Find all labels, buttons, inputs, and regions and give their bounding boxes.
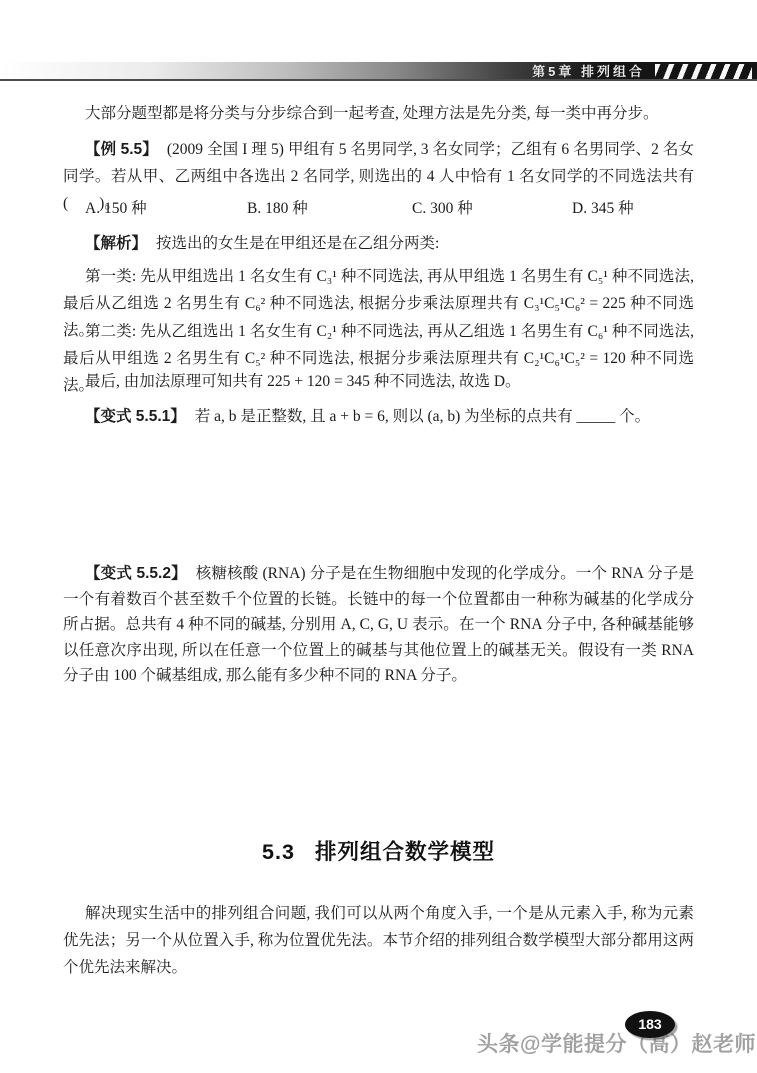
example-source: (2009 全国 I 理 5)	[167, 141, 284, 158]
variation2-body: 核糖核酸 (RNA) 分子是在生物细胞中发现的化学成分。一个 RNA 分子是一个…	[63, 565, 694, 684]
analysis-lead-paragraph: 【解析】按选出的女生是在甲组还是在乙组分两类:	[63, 230, 694, 257]
analysis-conclusion: 最后, 由加法原理可知共有 225 + 120 = 345 种不同选法, 故选 …	[85, 373, 521, 390]
variation1-label: 【变式 5.5.1】	[85, 408, 186, 425]
variation2-label: 【变式 5.5.2】	[85, 565, 187, 582]
option-d: D. 345 种	[572, 196, 634, 218]
closing-text: 解决现实生活中的排列组合问题, 我们可以从两个角度入手, 一个是从元素入手, 称…	[63, 905, 694, 976]
choice-options-row: A. 150 种 B. 180 种 C. 300 种 D. 345 种	[63, 196, 694, 220]
diagonal-stripes-icon	[655, 64, 752, 79]
example-label: 【例 5.5】	[85, 141, 158, 158]
analysis-lead: 按选出的女生是在甲组还是在乙组分两类:	[156, 235, 439, 252]
analysis-label: 【解析】	[85, 235, 147, 252]
closing-paragraph: 解决现实生活中的排列组合问题, 我们可以从两个角度入手, 一个是从元素入手, 称…	[63, 900, 694, 981]
intro-text: 大部分题型都是将分类与分步综合到一起考查, 处理方法是先分类, 每一类中再分步。	[85, 105, 659, 122]
chapter-header-bar: 第5章 排列组合	[0, 62, 757, 81]
section-title: 排列组合数学模型	[315, 840, 495, 864]
variation1-body: 若 a, b 是正整数, 且 a + b = 6, 则以 (a, b) 为坐标的…	[195, 408, 650, 425]
variation1-paragraph: 【变式 5.5.1】若 a, b 是正整数, 且 a + b = 6, 则以 (…	[63, 403, 694, 430]
watermark-text: 头条@学能提分（高）赵老师	[477, 1028, 756, 1058]
intro-paragraph: 大部分题型都是将分类与分步综合到一起考查, 处理方法是先分类, 每一类中再分步。	[63, 100, 694, 127]
option-a: A. 150 种	[85, 196, 147, 218]
chapter-title: 第5章 排列组合	[532, 62, 645, 81]
page-number-badge: 183	[625, 1011, 675, 1038]
analysis-conclusion-paragraph: 最后, 由加法原理可知共有 225 + 120 = 345 种不同选法, 故选 …	[63, 368, 694, 395]
section-heading: 5.3排列组合数学模型	[0, 835, 757, 866]
section-number: 5.3	[262, 840, 295, 864]
variation2-paragraph: 【变式 5.5.2】核糖核酸 (RNA) 分子是在生物细胞中发现的化学成分。一个…	[63, 561, 694, 689]
option-b: B. 180 种	[247, 196, 308, 218]
textbook-page: 第5章 排列组合 大部分题型都是将分类与分步综合到一起考查, 处理方法是先分类,…	[0, 0, 757, 1073]
option-c: C. 300 种	[412, 196, 473, 218]
